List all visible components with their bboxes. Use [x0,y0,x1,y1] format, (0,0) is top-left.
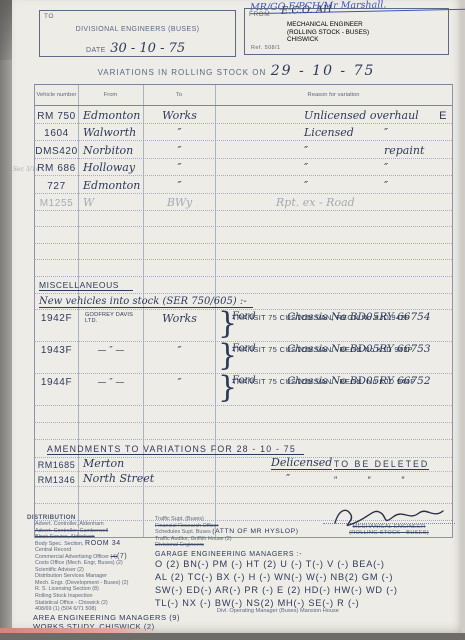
table-row-empty [35,244,452,261]
reason-note: E [439,110,447,122]
title-printed: VARIATIONS IN ROLLING STOCK ON [98,68,267,77]
operating-manager-line: Divl. Operating Manager (Buses) Mansion … [217,608,339,614]
amendments-heading: AMENDMENTS TO VARIATIONS FOR 28 - 10 - 7… [47,444,304,455]
handwritten-distribution-item: AREA ENGINEERING MANAGERS (9) [33,613,152,623]
table-row: RM 750 Edmonton Works Unlicensed overhau… [35,106,452,124]
ditto-mark: ″ [177,179,181,192]
to-location: Works [162,312,197,325]
van-description: TRANSIT 75 CUSTOM VAN · REGN. No KJD 944… [232,377,415,386]
to-recipient: DIVISIONAL ENGINEERS (BUSES) [40,26,235,33]
table-row-empty [35,423,452,440]
table-row-empty [35,227,452,244]
to-location: BWy [167,196,192,209]
distribution-heading: DISTRIBUTION [27,514,152,521]
from-garage: Norbiton [83,144,133,157]
fleet-number: 1943F [41,345,72,356]
signatory-title: (ROLLING STOCK - BUSES) [323,530,455,536]
vehicle-number: RM1685 [38,460,76,470]
ditto-mark: ″ [304,179,308,192]
header-reason: Reason for variation [215,85,452,105]
from-garage: Edmonton [83,179,140,192]
from-label: FROM [249,11,270,18]
variations-table: Vehicle number From To Reason for variat… [34,84,453,538]
ditto-mark: ″ [304,161,308,174]
vehicle-number: 727 [47,181,66,192]
form-page: MR/GO F/PCH/Mr Marshall. TO DIVISIONAL E… [12,0,461,634]
ditto-mark: ″ [384,161,388,174]
ditto-mark: ″ [177,126,181,139]
sender-line: MECHANICAL ENGINEER [287,21,369,29]
table-row-empty [35,211,452,228]
table-header: Vehicle number From To Reason for variat… [35,85,452,106]
garage-codes-line: SW(-) ED(-) AR(-) PR (-) E (2) HD(-) HW(… [155,584,457,597]
header-to: To [143,85,215,105]
handwritten-addition: ROOM 34 [85,540,121,547]
ditto-mark: ″ [177,344,181,357]
table-row: 727 Edmonton ″ ″ ″ [35,176,452,194]
date-value: 30 - 10 - 75 [110,41,185,56]
reason: Rpt. ex - Road [276,196,355,209]
scanned-document: MR/GO F/PCH/Mr Marshall. TO DIVISIONAL E… [0,0,465,640]
from-garage: Walworth [83,126,136,139]
ditto-mark: ″ [304,144,308,157]
date-label: DATE [86,47,106,54]
vehicle-number: RM 750 [37,111,76,122]
new-vehicles-heading-row: New vehicles into stock (SER 750/605) :- [35,294,452,310]
garage-codes-line: O (2) BN(-) PM (-) HT (2) U (-) T(-) V (… [155,558,457,571]
signature-block: MECHANICAL ENGINEER (ROLLING STOCK - BUS… [323,503,455,536]
miscellaneous-heading-row: MISCELLANEOUS [35,277,452,294]
table-row: DMS420 Norbiton ″ ″ repaint [35,141,452,159]
handwritten-addition: (ATTN OF MR HYSLOP) [212,528,298,535]
scan-edge-bottom [0,633,465,640]
ditto-mark: ″ [177,144,181,157]
fleet-number: 1942F [41,313,72,324]
reason: repaint [384,144,424,157]
garage-codes-line: AL (2) TC(-) BX (-) H (-) WN(-) W(-) NB(… [155,571,457,584]
distribution-left-column: DISTRIBUTION Advert. Controller, Aldenha… [27,514,152,632]
van-row: 1944F — ″ — ″ } Ford TRANSIT 75 CUSTOM V… [35,374,452,406]
vehicle-number: RM1346 [38,475,76,485]
sender-line: (ROLLING STOCK - BUSES) [287,29,369,37]
from-garage: Edmonton [83,109,140,122]
vehicle-number: M1255 [40,198,74,209]
table-row-empty [35,260,452,277]
from-garage: Merton [83,457,124,470]
vehicle-number: RM 686 [37,163,76,174]
ditto-mark: ″ [177,161,181,174]
table-row: RM 686 Holloway ″ ″ ″ [35,159,452,177]
supplier: GODFREY DAVIS LTD. [85,312,137,324]
ditto-mark: — ″ — [97,346,124,356]
to-label: TO [44,13,54,20]
table-row-empty [35,406,452,423]
ditto-mark: — ″ — [97,378,124,388]
distribution-item: Divisional Engineers [155,542,457,549]
from-scrawl-annotation: E.C.O. AH [281,4,332,17]
ditto-mark: ″ [384,179,388,192]
header-from: From [78,85,143,105]
van-row: 1942F GODFREY DAVIS LTD. Works } Ford TR… [35,310,452,342]
sender-address: MECHANICAL ENGINEER (ROLLING STOCK - BUS… [287,21,369,44]
reference-number: Ref. 508/1 [251,45,280,51]
form-title: VARIATIONS IN ROLLING STOCK ON 29 - 10 -… [12,62,461,80]
to-location: Works [162,109,197,122]
sender-line: CHISWICK [287,36,369,44]
table-row: 1604 Walworth ″ Licensed ″ [35,124,452,142]
handwritten-addition: (7) [117,553,127,560]
van-description: TRANSIT 75 CUSTOM VAN · REGN No KJD 943P [232,345,413,354]
table-row-pencil: M1255 W BWy Rpt. ex - Road [35,194,452,211]
amendment-row: RM1685 Merton Delicensed TO BE DELETED [35,458,452,473]
garage-managers-heading: GARAGE ENGINEERING MANAGERS :- [155,551,457,558]
amendment-status: Delicensed [271,456,332,470]
miscellaneous-heading: MISCELLANEOUS [39,280,133,291]
from-garage: Holloway [83,161,135,174]
amendments-heading-row: AMENDMENTS TO VARIATIONS FOR 28 - 10 - 7… [35,440,452,458]
from-garage: W [83,196,94,209]
reason: Unlicensed overhaul [304,109,419,122]
vehicle-number: 1604 [44,128,69,139]
header-vehicle-number: Vehicle number [35,85,78,105]
van-description: TRANSIT 75 CUSTOM VAN, REGN No KJD 942P [232,313,410,322]
date-line: DATE 30 - 10 - 75 [86,39,185,57]
amendment-note: TO BE DELETED [334,459,429,470]
ditto-mark: ″ [286,472,290,485]
ditto-marks: ″ ″ ″ [334,475,419,485]
fleet-number: 1944F [41,377,72,388]
from-box: FROM E.C.O. AH MECHANICAL ENGINEER (ROLL… [244,8,449,55]
reason: Licensed [304,126,354,139]
table-row-empty [35,487,452,504]
ditto-mark: ″ [177,376,181,389]
title-date: 29 - 10 - 75 [271,63,376,79]
to-box: TO DIVISIONAL ENGINEERS (BUSES) DATE 30 … [39,10,236,57]
amendment-row: RM1346 North Street ″ ″ ″ ″ [35,472,452,487]
vehicle-number: DMS420 [35,146,78,157]
van-row: 1943F — ″ — ″ } Ford TRANSIT 75 CUSTOM V… [35,342,452,374]
ditto-mark: ″ [384,126,388,139]
